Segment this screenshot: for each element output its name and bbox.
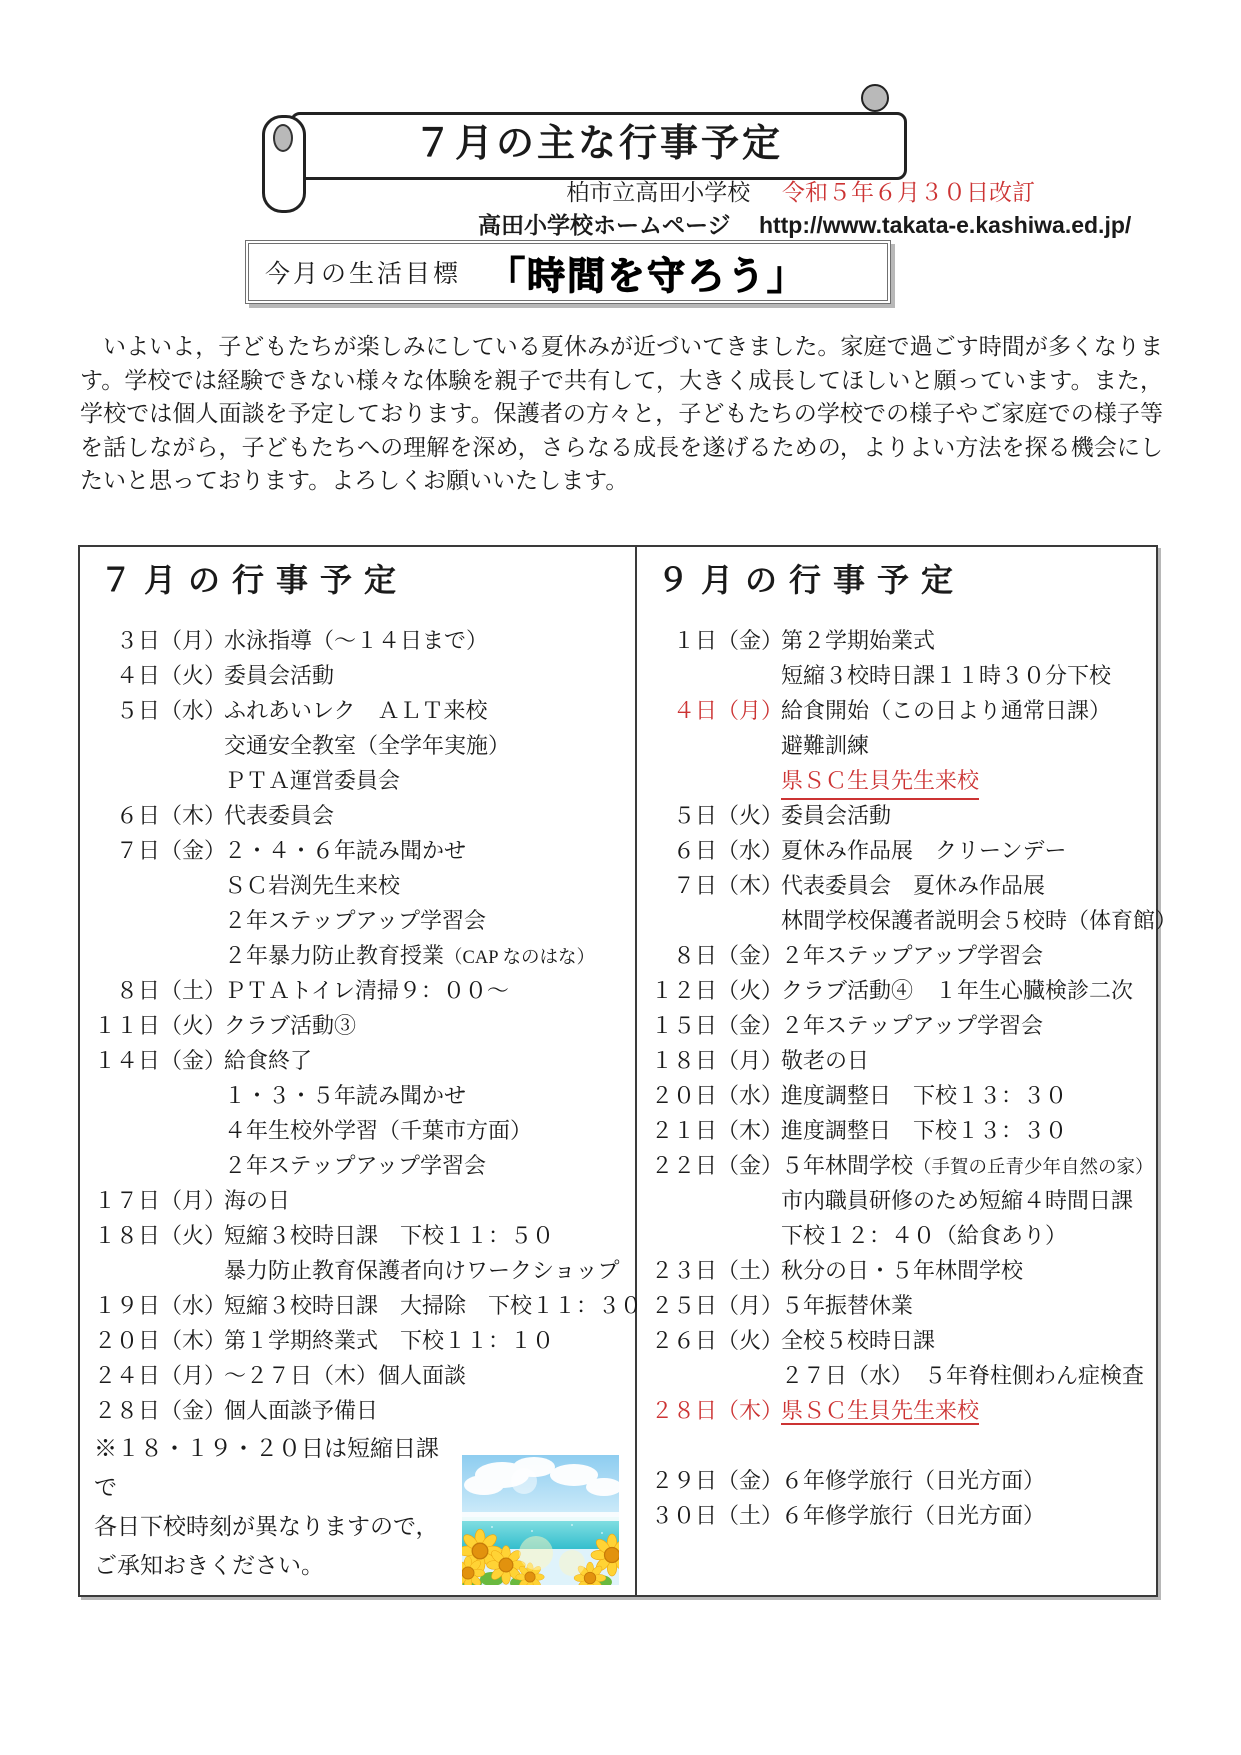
- event-weekday: （火）: [717, 973, 781, 1008]
- september-column-header: ９月の行事予定: [651, 555, 1177, 601]
- page-title: ７月の主な行事予定: [293, 115, 904, 173]
- event-text: クラブ活動③: [224, 1013, 356, 1038]
- event-weekday: （金）: [717, 1008, 781, 1043]
- event-weekday: （水）: [717, 833, 781, 868]
- scroll-pin-right-icon: [861, 84, 889, 112]
- event-weekday: （火）: [160, 658, 224, 693]
- event-text: 短縮３校時日課 下校１１：５０: [224, 1223, 554, 1248]
- event-weekday: （金）: [717, 623, 781, 658]
- event-text: 県ＳＣ生貝先生来校: [781, 763, 979, 800]
- event-line: １８日（火）短縮３校時日課 下校１１：５０: [94, 1218, 635, 1253]
- event-weekday: （水）: [717, 1078, 781, 1113]
- event-date: ２４日: [94, 1358, 160, 1393]
- event-continuation-line: ＳＣ岩渕先生来校: [94, 868, 635, 903]
- event-text: ２年ステップアップ学習会: [224, 1148, 486, 1183]
- event-text: 短縮３校時日課１１時３０分下校: [781, 658, 1111, 693]
- july-column-header: ７月の行事予定: [94, 555, 635, 601]
- event-line: １２日（火）クラブ活動④ １年生心臓検診二次: [651, 973, 1177, 1008]
- event-text: 委員会活動: [224, 663, 334, 688]
- event-continuation-line: ４年生校外学習（千葉市方面）: [94, 1113, 635, 1148]
- note-line: ※１８・１９・２０日は短縮日課で: [94, 1429, 450, 1507]
- event-text: ふれあいレク ＡＬＴ来校: [224, 698, 488, 723]
- event-text: ＳＣ岩渕先生来校: [224, 868, 400, 903]
- event-continuation-line: 暴力防止教育保護者向けワークショップ: [94, 1253, 635, 1288]
- event-line: １９日（水）短縮３校時日課 大掃除 下校１１：３０: [94, 1288, 635, 1323]
- event-text: ＰＴＡトイレ清掃９：００～: [224, 978, 509, 1003]
- event-date: ７日: [94, 833, 160, 868]
- event-date: ３日: [94, 623, 160, 658]
- event-date: ２８日: [94, 1393, 160, 1428]
- event-date: ４日: [651, 693, 717, 728]
- goal-text: 「時間を守ろう」: [487, 245, 807, 300]
- event-line: ７日（木）代表委員会 夏休み作品展: [651, 868, 1177, 903]
- note-block: ※１８・１９・２０日は短縮日課で各日下校時刻が異なりますので，ご承知おきください…: [94, 1429, 450, 1585]
- event-line: ５日（火）委員会活動: [651, 798, 1177, 833]
- event-date: １１日: [94, 1008, 160, 1043]
- event-line: ４日（火）委員会活動: [94, 658, 635, 693]
- event-weekday: （土）: [717, 1498, 781, 1533]
- event-continuation-line: 交通安全教室（全学年実施）: [94, 728, 635, 763]
- event-text: 海の日: [224, 1188, 290, 1213]
- event-weekday: （金）: [717, 1148, 781, 1183]
- event-text: 個人面談予備日: [224, 1398, 378, 1423]
- event-weekday: （金）: [160, 833, 224, 868]
- event-text: 避難訓練: [781, 728, 869, 763]
- event-text: ２・４・６年読み聞かせ: [224, 838, 466, 863]
- event-date: ４日: [94, 658, 160, 693]
- event-text: ２７日（水） ５年脊柱側わん症検査: [781, 1358, 1144, 1393]
- event-date: １日: [651, 623, 717, 658]
- event-date: ２３日: [651, 1253, 717, 1288]
- event-text: 短縮３校時日課 大掃除 下校１１：３０: [224, 1293, 642, 1318]
- event-weekday: （火）: [717, 1323, 781, 1358]
- event-line: ２０日（木）第１学期終業式 下校１１：１０: [94, 1323, 635, 1358]
- event-text: 暴力防止教育保護者向けワークショップ: [224, 1253, 620, 1288]
- event-weekday: （水）: [160, 1288, 224, 1323]
- event-line: １７日（月）海の日: [94, 1183, 635, 1218]
- homepage-url: http://www.takata-e.kashiwa.ed.jp/: [759, 212, 1131, 238]
- event-text: 給食終了: [224, 1048, 312, 1073]
- event-continuation-line: 市内職員研修のため短縮４時間日課: [651, 1183, 1177, 1218]
- event-date: ７日: [651, 868, 717, 903]
- event-text: 代表委員会: [224, 803, 334, 828]
- event-text-small: （CAP なのはな）: [444, 948, 595, 968]
- event-text: ６年修学旅行（日光方面）: [781, 1468, 1045, 1493]
- event-text: ２年暴力防止教育授業（CAP なのはな）: [224, 938, 595, 976]
- july-events-list: ３日（月）水泳指導（～１４日まで）４日（火）委員会活動５日（水）ふれあいレク Ａ…: [94, 623, 635, 1428]
- homepage-label: 高田小学校ホームページ: [478, 212, 731, 238]
- event-date: ２６日: [651, 1323, 717, 1358]
- event-text: 林間学校保護者説明会５校時（体育館）: [781, 903, 1177, 938]
- event-weekday: （月）: [160, 1183, 224, 1218]
- july-column: ７月の行事予定 ３日（月）水泳指導（～１４日まで）４日（火）委員会活動５日（水）…: [80, 547, 637, 1595]
- event-line: ２５日（月）５年振替休業: [651, 1288, 1177, 1323]
- event-weekday: （金）: [717, 1463, 781, 1498]
- event-text: クラブ活動④ １年生心臓検診二次: [781, 978, 1133, 1003]
- monthly-goal-box: 今月の生活目標 「時間を守ろう」: [245, 240, 891, 304]
- event-text: 代表委員会 夏休み作品展: [781, 873, 1045, 898]
- event-weekday: （木）: [717, 1393, 781, 1428]
- event-text: ＰＴＡ運営委員会: [224, 763, 400, 798]
- event-line: ２３日（土）秋分の日・５年林間学校: [651, 1253, 1177, 1288]
- event-continuation-line: 県ＳＣ生貝先生来校: [651, 763, 1177, 798]
- event-line: ３０日（土）６年修学旅行（日光方面）: [651, 1498, 1177, 1533]
- event-line: ２１日（木）進度調整日 下校１３：３０: [651, 1113, 1177, 1148]
- event-text: 進度調整日 下校１３：３０: [781, 1118, 1067, 1143]
- event-date: ２１日: [651, 1113, 717, 1148]
- event-continuation-line: 避難訓練: [651, 728, 1177, 763]
- event-date: １８日: [651, 1043, 717, 1078]
- event-text-small: （手賀の丘青少年自然の家）: [913, 1158, 1154, 1178]
- july-note-row: ※１８・１９・２０日は短縮日課で各日下校時刻が異なりますので，ご承知おきください…: [94, 1429, 627, 1585]
- newsletter-page: ７月の主な行事予定 柏市立高田小学校 令和５年６月３０日改訂 高田小学校ホームペ…: [0, 0, 1241, 1755]
- scroll-pin-left-icon: [273, 124, 293, 152]
- event-continuation-line: 下校１２：４０（給食あり）: [651, 1218, 1177, 1253]
- event-line: １１日（火）クラブ活動③: [94, 1008, 635, 1043]
- event-date: １４日: [94, 1043, 160, 1078]
- event-weekday: （木）: [717, 868, 781, 903]
- event-line: ２８日（木）県ＳＣ生貝先生来校: [651, 1393, 1177, 1428]
- scroll-roll-left-icon: [262, 115, 306, 213]
- event-date: ２８日: [651, 1393, 717, 1428]
- note-line: ご承知おきください。: [94, 1546, 450, 1585]
- school-name: 柏市立高田小学校: [566, 180, 750, 205]
- event-line: ２２日（金）５年林間学校（手賀の丘青少年自然の家）: [651, 1148, 1177, 1183]
- event-weekday: （木）: [160, 798, 224, 833]
- note-line: 各日下校時刻が異なりますので，: [94, 1507, 450, 1546]
- event-weekday: （月）: [160, 1358, 224, 1393]
- event-date: ５日: [651, 798, 717, 833]
- event-weekday: （土）: [717, 1253, 781, 1288]
- event-line: ７日（金）２・４・６年読み聞かせ: [94, 833, 635, 868]
- event-line: ４日（月）給食開始（この日より通常日課）: [651, 693, 1177, 728]
- event-line: ８日（金）２年ステップアップ学習会: [651, 938, 1177, 973]
- event-weekday: （火）: [160, 1218, 224, 1253]
- september-events-list: １日（金）第２学期始業式短縮３校時日課１１時３０分下校４日（月）給食開始（この日…: [651, 623, 1177, 1533]
- event-weekday: （月）: [717, 1043, 781, 1078]
- event-text: 第２学期始業式: [781, 628, 935, 653]
- event-line: １５日（金）２年ステップアップ学習会: [651, 1008, 1177, 1043]
- event-continuation-line: ＰＴＡ運営委員会: [94, 763, 635, 798]
- event-text: ～２７日（木）個人面談: [224, 1363, 466, 1388]
- event-text: 敬老の日: [781, 1048, 869, 1073]
- event-text: 交通安全教室（全学年実施）: [224, 728, 510, 763]
- banner-body: ７月の主な行事予定: [290, 112, 907, 180]
- event-text: 夏休み作品展 クリーンデー: [781, 838, 1067, 863]
- event-text: １・３・５年読み聞かせ: [224, 1078, 466, 1113]
- sunflower-beach-illustration: [462, 1455, 619, 1585]
- event-text: ２年ステップアップ学習会: [781, 1013, 1043, 1038]
- event-weekday: （金）: [717, 938, 781, 973]
- event-line: ８日（土）ＰＴＡトイレ清掃９：００～: [94, 973, 635, 1008]
- event-spacer: [651, 1428, 1177, 1463]
- intro-paragraph: いよいよ，子どもたちが楽しみにしている夏休みが近づいてきました。家庭で過ごす時間…: [80, 330, 1163, 498]
- event-continuation-line: １・３・５年読み聞かせ: [94, 1078, 635, 1113]
- event-date: ６日: [651, 833, 717, 868]
- event-text: 下校１２：４０（給食あり）: [781, 1218, 1067, 1253]
- event-text: ２年ステップアップ学習会: [781, 943, 1043, 968]
- event-date: ２５日: [651, 1288, 717, 1323]
- event-text: 進度調整日 下校１３：３０: [781, 1083, 1067, 1108]
- event-date: １８日: [94, 1218, 160, 1253]
- event-continuation-line: ２年暴力防止教育授業（CAP なのはな）: [94, 938, 635, 973]
- event-date: １２日: [651, 973, 717, 1008]
- event-line: １日（金）第２学期始業式: [651, 623, 1177, 658]
- event-text: ２年ステップアップ学習会: [224, 903, 486, 938]
- event-line: ２４日（月）～２７日（木）個人面談: [94, 1358, 635, 1393]
- event-weekday: （火）: [160, 1008, 224, 1043]
- event-continuation-line: ２７日（水） ５年脊柱側わん症検査: [651, 1358, 1177, 1393]
- event-weekday: （木）: [160, 1323, 224, 1358]
- event-text: 県ＳＣ生貝先生来校: [781, 1398, 979, 1425]
- goal-label: 今月の生活目標: [265, 254, 461, 290]
- event-text: 市内職員研修のため短縮４時間日課: [781, 1183, 1133, 1218]
- event-date: ６日: [94, 798, 160, 833]
- event-weekday: （火）: [717, 798, 781, 833]
- event-text: 秋分の日・５年林間学校: [781, 1258, 1023, 1283]
- event-text: 委員会活動: [781, 803, 891, 828]
- event-date: ８日: [651, 938, 717, 973]
- event-date: ２９日: [651, 1463, 717, 1498]
- event-text: ５年林間学校（手賀の丘青少年自然の家）: [781, 1153, 1154, 1178]
- event-line: ３日（月）水泳指導（～１４日まで）: [94, 623, 635, 658]
- event-continuation-line: ２年ステップアップ学習会: [94, 1148, 635, 1183]
- events-table: ７月の行事予定 ３日（月）水泳指導（～１４日まで）４日（火）委員会活動５日（水）…: [78, 545, 1158, 1597]
- event-weekday: （月）: [717, 693, 781, 728]
- event-line: １８日（月）敬老の日: [651, 1043, 1177, 1078]
- event-line: ５日（水）ふれあいレク ＡＬＴ来校: [94, 693, 635, 728]
- event-line: ２０日（水）進度調整日 下校１３：３０: [651, 1078, 1177, 1113]
- event-text: 給食開始（この日より通常日課）: [781, 698, 1111, 723]
- september-column: ９月の行事予定 １日（金）第２学期始業式短縮３校時日課１１時３０分下校４日（月）…: [637, 547, 1177, 1595]
- event-text: ５年振替休業: [781, 1293, 913, 1318]
- event-date: １９日: [94, 1288, 160, 1323]
- event-text: ６年修学旅行（日光方面）: [781, 1503, 1045, 1528]
- event-date: １５日: [651, 1008, 717, 1043]
- revision-date: 令和５年６月３０日改訂: [782, 180, 1035, 205]
- event-date: １７日: [94, 1183, 160, 1218]
- event-line: ６日（水）夏休み作品展 クリーンデー: [651, 833, 1177, 868]
- event-date: ３０日: [651, 1498, 717, 1533]
- event-date: ２０日: [651, 1078, 717, 1113]
- event-line: １４日（金）給食終了: [94, 1043, 635, 1078]
- event-text: 第１学期終業式 下校１１：１０: [224, 1328, 554, 1353]
- event-line: ２８日（金）個人面談予備日: [94, 1393, 635, 1428]
- event-continuation-line: 林間学校保護者説明会５校時（体育館）: [651, 903, 1177, 938]
- event-date: ５日: [94, 693, 160, 728]
- event-weekday: （月）: [160, 623, 224, 658]
- event-line: ２９日（金）６年修学旅行（日光方面）: [651, 1463, 1177, 1498]
- event-date: ２２日: [651, 1148, 717, 1183]
- event-text: 全校５校時日課: [781, 1328, 935, 1353]
- event-weekday: （金）: [160, 1393, 224, 1428]
- event-date: ２０日: [94, 1323, 160, 1358]
- event-weekday: （水）: [160, 693, 224, 728]
- event-weekday: （木）: [717, 1113, 781, 1148]
- event-date: ８日: [94, 973, 160, 1008]
- event-text: ４年生校外学習（千葉市方面）: [224, 1113, 532, 1148]
- event-line: ６日（木）代表委員会: [94, 798, 635, 833]
- event-continuation-line: 短縮３校時日課１１時３０分下校: [651, 658, 1177, 693]
- event-weekday: （金）: [160, 1043, 224, 1078]
- event-line: ２６日（火）全校５校時日課: [651, 1323, 1177, 1358]
- event-continuation-line: ２年ステップアップ学習会: [94, 903, 635, 938]
- event-weekday: （土）: [160, 973, 224, 1008]
- event-text: 水泳指導（～１４日まで）: [224, 628, 488, 653]
- event-weekday: （月）: [717, 1288, 781, 1323]
- homepage-line: 高田小学校ホームページ http://www.takata-e.kashiwa.…: [478, 207, 1131, 240]
